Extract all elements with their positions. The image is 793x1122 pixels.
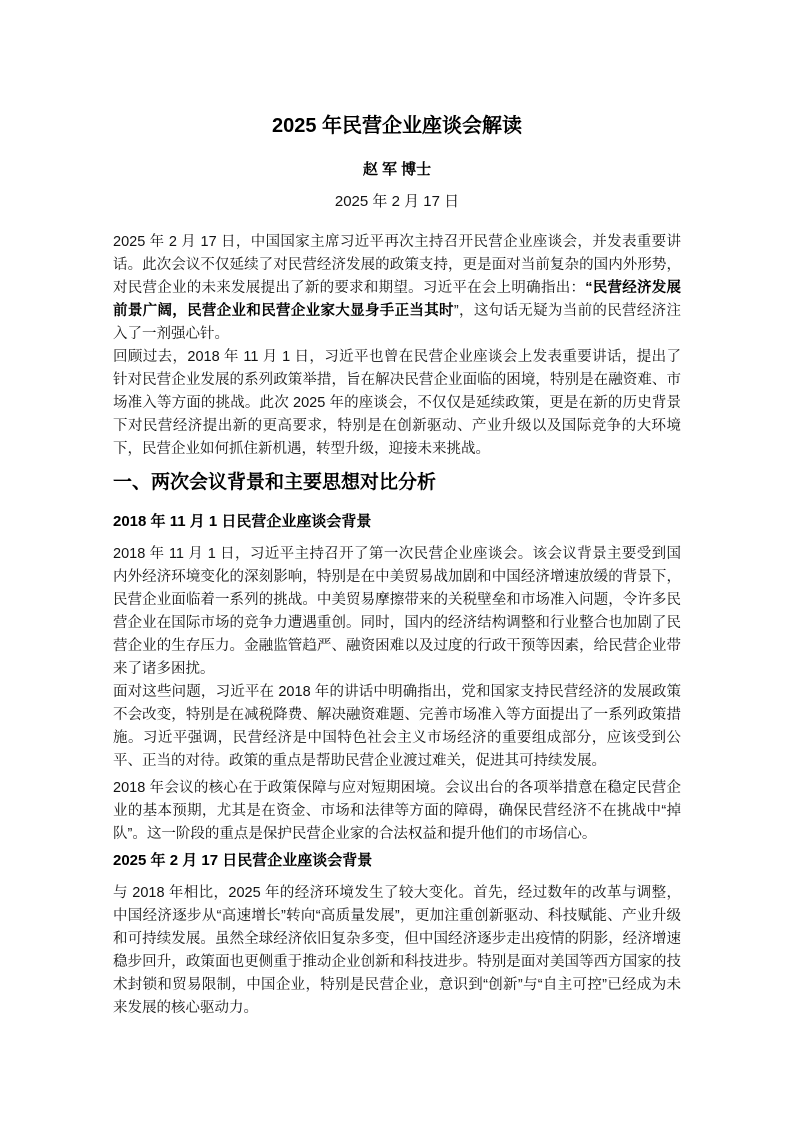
intro-paragraph-2: 回顾过去，2018 年 11 月 1 日，习近平也曾在民营企业座谈会上发表重要讲… [113, 346, 681, 461]
subsection-2025-heading: 2025 年 2 月 17 日民营企业座谈会背景 [113, 850, 681, 872]
subsection-2018-heading: 2018 年 11 月 1 日民营企业座谈会背景 [113, 511, 681, 533]
intro-paragraph-1: 2025 年 2 月 17 日，中国国家主席习近平再次主持召开民营企业座谈会，并… [113, 231, 681, 346]
document-title: 2025 年民营企业座谈会解读 [113, 114, 681, 138]
section-1-heading: 一、两次会议背景和主要思想对比分析 [113, 470, 681, 496]
document-author: 赵 军 博士 [113, 160, 681, 180]
document-date: 2025 年 2 月 17 日 [113, 192, 681, 212]
document-page: 2025 年民营企业座谈会解读 赵 军 博士 2025 年 2 月 17 日 2… [0, 0, 793, 1122]
subsection-2025-paragraph-1: 与 2018 年相比，2025 年的经济环境发生了较大变化。首先，经过数年的改革… [113, 882, 681, 1020]
subsection-2018-paragraph-3: 2018 年会议的核心在于政策保障与应对短期困境。会议出台的各项举措意在稳定民营… [113, 777, 681, 846]
subsection-2018-paragraph-1: 2018 年 11 月 1 日，习近平主持召开了第一次民营企业座谈会。该会议背景… [113, 543, 681, 681]
subsection-2018-paragraph-2: 面对这些问题，习近平在 2018 年的讲话中明确指出，党和国家支持民营经济的发展… [113, 681, 681, 773]
